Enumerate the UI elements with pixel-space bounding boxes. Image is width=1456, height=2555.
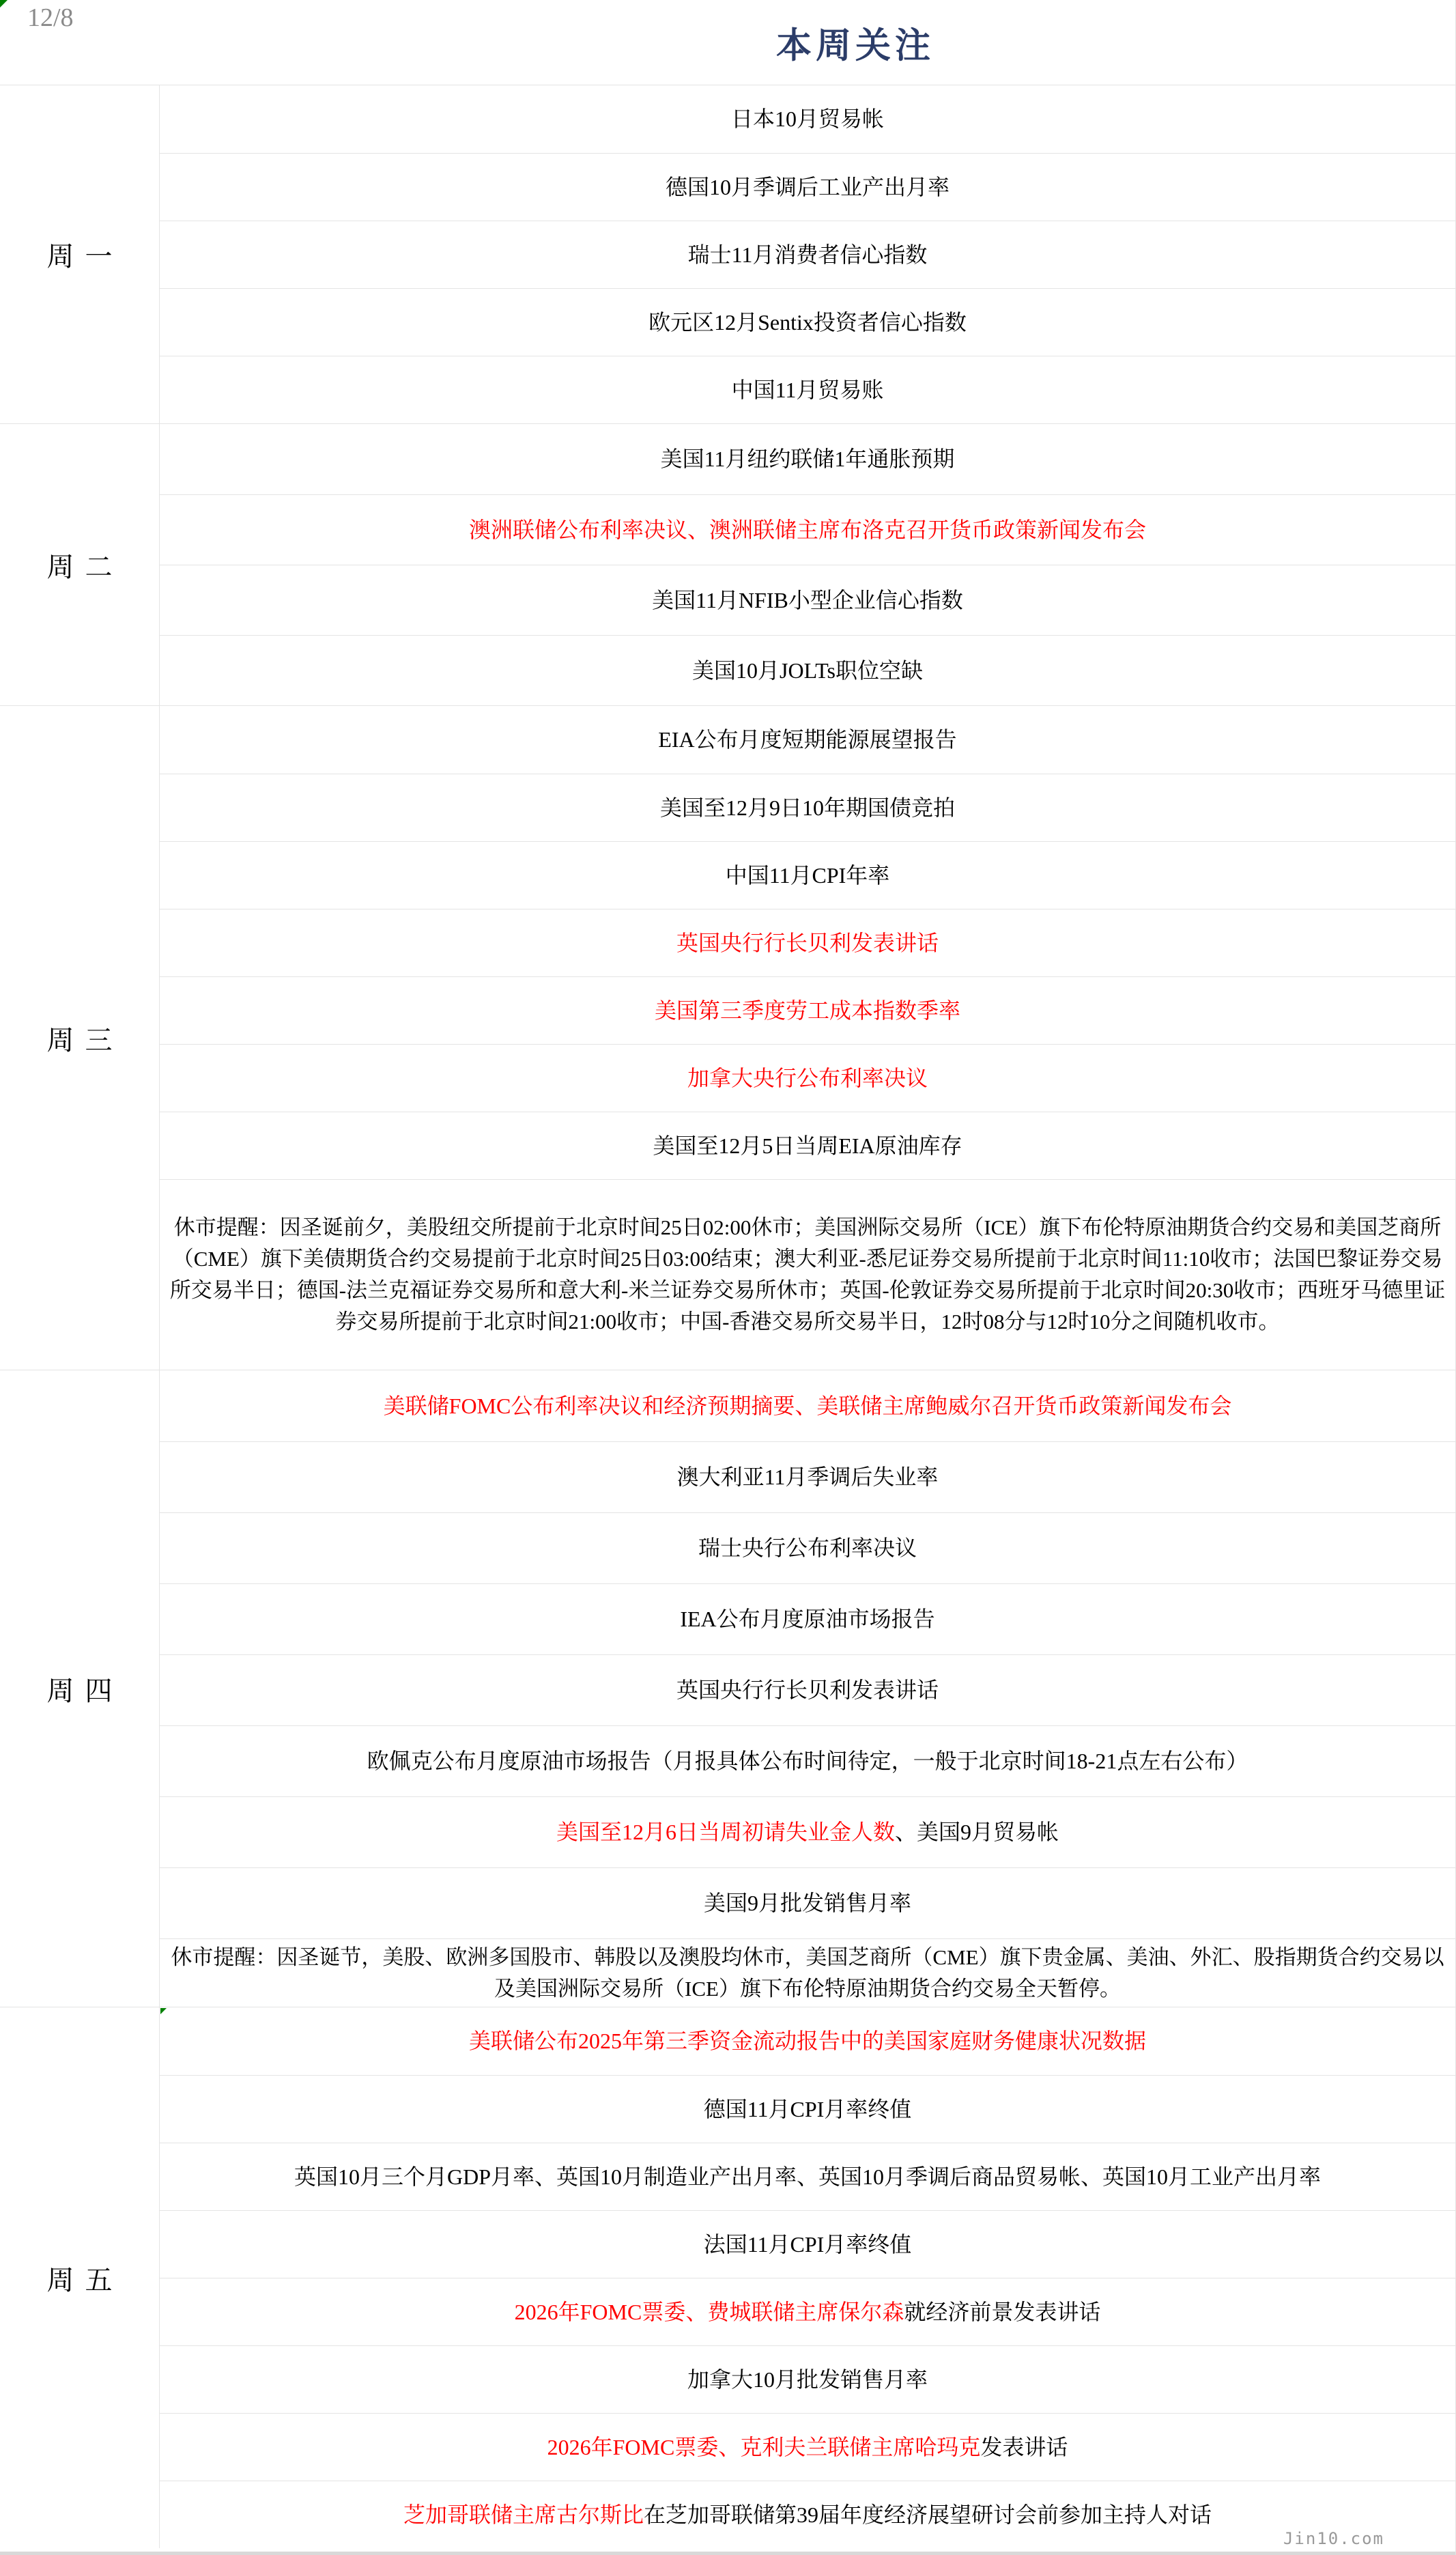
day-label: 周三: [47, 1019, 124, 1058]
event-row[interactable]: 芝加哥联储主席古尔斯比在芝加哥联储第39届年度经济展望研讨会前参加主持人对话: [160, 2481, 1455, 2548]
event-text-segment: 加拿大央行公布利率决议: [687, 1066, 928, 1090]
event-text-segment: 在芝加哥联储第39届年度经济展望研讨会前参加主持人对话: [644, 2502, 1212, 2527]
event-row[interactable]: 美国至12月9日10年期国债竞拍: [160, 774, 1455, 841]
event-text-segment: 美国第三季度劳工成本指数季率: [655, 998, 960, 1023]
day-label-cell-wednesday[interactable]: 周三: [0, 706, 160, 1370]
event-text-segment: 美国至12月6日当周初请失业金人数: [556, 1820, 895, 1844]
event-text-segment: 英国央行行长贝利发表讲话: [676, 931, 939, 955]
sheet-header: 12/8 本周关注: [0, 0, 1455, 85]
event-text: 2026年FOMC票委、费城联储主席保尔森就经济前景发表讲话: [515, 2297, 1101, 2328]
event-text-segment: 日本10月贸易帐: [731, 107, 884, 131]
event-text-segment: 休市提醒：因圣诞节，美股、欧洲多国股市、韩股以及澳股均休市，美国芝商所（CME）…: [171, 1945, 1444, 2001]
day-section-monday: 周一日本10月贸易帐德国10月季调后工业产出月率瑞士11月消费者信心指数欧元区1…: [0, 85, 1455, 423]
event-text: 美国10月JOLTs职位空缺: [692, 655, 923, 686]
day-label: 周二: [47, 546, 124, 584]
day-label: 周一: [47, 235, 124, 274]
event-text: 美国11月NFIB小型企业信心指数: [652, 585, 963, 616]
event-text-segment: 澳大利亚11月季调后失业率: [677, 1465, 939, 1489]
event-rows: 美国11月纽约联储1年通胀预期澳洲联储公布利率决议、澳洲联储主席布洛克召开货币政…: [160, 424, 1455, 705]
event-text-segment: 德国11月CPI月率终值: [704, 2097, 912, 2121]
event-text: 英国央行行长贝利发表讲话: [676, 928, 939, 959]
event-rows: EIA公布月度短期能源展望报告美国至12月9日10年期国债竞拍中国11月CPI年…: [160, 706, 1455, 1370]
event-text-segment: 瑞士央行公布利率决议: [698, 1536, 917, 1560]
event-row[interactable]: 美国11月NFIB小型企业信心指数: [160, 565, 1455, 635]
event-text-segment: 中国11月贸易账: [732, 378, 884, 402]
event-rows: 美联储公布2025年第三季资金流动报告中的美国家庭财务健康状况数据德国11月CP…: [160, 2007, 1455, 2548]
event-text: 欧元区12月Sentix投资者信心指数: [648, 307, 967, 338]
event-text: 德国10月季调后工业产出月率: [666, 172, 950, 203]
event-row[interactable]: IEA公布月度原油市场报告: [160, 1583, 1455, 1654]
day-label: 周五: [47, 2259, 124, 2298]
event-text-segment: 中国11月CPI年率: [726, 863, 890, 888]
event-row[interactable]: 德国11月CPI月率终值: [160, 2075, 1455, 2143]
event-text: 芝加哥联储主席古尔斯比在芝加哥联储第39届年度经济展望研讨会前参加主持人对话: [403, 2500, 1212, 2530]
event-row[interactable]: 加拿大10月批发销售月率: [160, 2345, 1455, 2413]
event-text: 美联储FOMC公布利率决议和经济预期摘要、美联储主席鲍威尔召开货币政策新闻发布会: [384, 1391, 1232, 1422]
event-text-segment: 英国10月三个月GDP月率、英国10月制造业产出月率、英国10月季调后商品贸易帐…: [294, 2164, 1321, 2189]
event-text: 法国11月CPI月率终值: [704, 2229, 912, 2260]
event-text: 英国10月三个月GDP月率、英国10月制造业产出月率、英国10月季调后商品贸易帐…: [294, 2162, 1321, 2192]
event-row[interactable]: 法国11月CPI月率终值: [160, 2210, 1455, 2278]
event-row[interactable]: 英国央行行长贝利发表讲话: [160, 909, 1455, 976]
event-text: 美国至12月5日当周EIA原油库存: [653, 1131, 962, 1161]
market-closure-notice[interactable]: 休市提醒：因圣诞前夕，美股纽交所提前于北京时间25日02:00休市；美国洲际交易…: [160, 1179, 1455, 1370]
event-text-segment: 美联储公布2025年第三季资金流动报告中的美国家庭财务健康状况数据: [469, 2029, 1146, 2053]
event-row[interactable]: 加拿大央行公布利率决议: [160, 1044, 1455, 1112]
event-text: 欧佩克公布月度原油市场报告（月报具体公布时间待定，一般于北京时间18-21点左右…: [367, 1746, 1248, 1777]
event-text-segment: 就经济前景发表讲话: [904, 2300, 1100, 2324]
event-text: EIA公布月度短期能源展望报告: [658, 724, 956, 755]
event-text: IEA公布月度原油市场报告: [680, 1604, 934, 1635]
event-text-segment: 德国10月季调后工业产出月率: [666, 175, 950, 199]
event-text-segment: 美国10月JOLTs职位空缺: [692, 658, 923, 683]
event-row[interactable]: 欧佩克公布月度原油市场报告（月报具体公布时间待定，一般于北京时间18-21点左右…: [160, 1725, 1455, 1796]
event-text: 德国11月CPI月率终值: [704, 2094, 912, 2125]
event-row[interactable]: 英国10月三个月GDP月率、英国10月制造业产出月率、英国10月季调后商品贸易帐…: [160, 2143, 1455, 2210]
sheet-corner-marker-icon: [0, 0, 8, 8]
event-row[interactable]: 日本10月贸易帐: [160, 85, 1455, 153]
event-row[interactable]: 美国11月纽约联储1年通胀预期: [160, 424, 1455, 494]
event-text-segment: 美国11月NFIB小型企业信心指数: [652, 588, 963, 612]
day-section-thursday: 周四美联储FOMC公布利率决议和经济预期摘要、美联储主席鲍威尔召开货币政策新闻发…: [0, 1370, 1455, 2007]
event-text: 加拿大10月批发销售月率: [687, 2365, 928, 2395]
day-label: 周四: [47, 1669, 124, 1708]
page-title: 本周关注: [776, 17, 934, 68]
event-row[interactable]: 德国10月季调后工业产出月率: [160, 153, 1455, 221]
event-text: 英国央行行长贝利发表讲话: [676, 1675, 939, 1706]
event-text-segment: 欧佩克公布月度原油市场报告（月报具体公布时间待定，一般于北京时间18-21点左右…: [367, 1749, 1248, 1773]
event-text: 澳洲联储公布利率决议、澳洲联储主席布洛克召开货币政策新闻发布会: [469, 515, 1146, 546]
event-text: 美国9月批发销售月率: [704, 1888, 911, 1919]
event-row[interactable]: 瑞士11月消费者信心指数: [160, 221, 1455, 288]
event-text: 日本10月贸易帐: [731, 104, 884, 135]
weekly-focus-sheet: 12/8 本周关注 周一日本10月贸易帐德国10月季调后工业产出月率瑞士11月消…: [0, 0, 1456, 2555]
event-text: 休市提醒：因圣诞前夕，美股纽交所提前于北京时间25日02:00休市；美国洲际交易…: [167, 1212, 1448, 1338]
event-text-segment: 2026年FOMC票委、克利夫兰联储主席哈玛克: [547, 2435, 981, 2459]
event-text-segment: 发表讲话: [980, 2435, 1068, 2459]
event-text: 美国至12月9日10年期国债竞拍: [660, 793, 955, 823]
day-section-friday: 周五美联储公布2025年第三季资金流动报告中的美国家庭财务健康状况数据德国11月…: [0, 2007, 1455, 2548]
day-section-wednesday: 周三EIA公布月度短期能源展望报告美国至12月9日10年期国债竞拍中国11月CP…: [0, 705, 1455, 1370]
event-text-segment: 美国至12月9日10年期国债竞拍: [660, 795, 955, 820]
event-text-segment: EIA公布月度短期能源展望报告: [658, 727, 956, 752]
event-text: 加拿大央行公布利率决议: [687, 1063, 928, 1094]
cell-corner-marker-icon: [160, 2008, 167, 2014]
event-rows: 美联储FOMC公布利率决议和经济预期摘要、美联储主席鲍威尔召开货币政策新闻发布会…: [160, 1370, 1455, 2007]
event-text: 美国11月纽约联储1年通胀预期: [661, 444, 955, 475]
event-row[interactable]: 美国第三季度劳工成本指数季率: [160, 976, 1455, 1044]
event-row[interactable]: 美国至12月6日当周初请失业金人数、美国9月贸易帐: [160, 1796, 1455, 1867]
event-text-segment: 美国9月批发销售月率: [704, 1891, 911, 1915]
event-row[interactable]: 美联储FOMC公布利率决议和经济预期摘要、美联储主席鲍威尔召开货币政策新闻发布会: [160, 1370, 1455, 1441]
event-text: 美联储公布2025年第三季资金流动报告中的美国家庭财务健康状况数据: [469, 2026, 1146, 2057]
event-text-segment: 休市提醒：因圣诞前夕，美股纽交所提前于北京时间25日02:00休市；美国洲际交易…: [170, 1215, 1446, 1333]
event-text: 中国11月贸易账: [732, 375, 884, 406]
event-text-segment: IEA公布月度原油市场报告: [680, 1607, 934, 1631]
event-row[interactable]: 美国9月批发销售月率: [160, 1867, 1455, 1938]
event-text-segment: 美联储FOMC公布利率决议和经济预期摘要、美联储主席鲍威尔召开货币政策新闻发布会: [384, 1394, 1232, 1418]
day-label-cell-monday[interactable]: 周一: [0, 85, 160, 423]
event-row[interactable]: 2026年FOMC票委、费城联储主席保尔森就经济前景发表讲话: [160, 2278, 1455, 2345]
bottom-edge-divider: [0, 2552, 1455, 2555]
event-row[interactable]: 中国11月CPI年率: [160, 841, 1455, 909]
week-date: 12/8: [27, 3, 74, 33]
event-text-segment: 英国央行行长贝利发表讲话: [676, 1678, 939, 1702]
event-text-segment: 澳洲联储公布利率决议、澳洲联储主席布洛克召开货币政策新闻发布会: [469, 518, 1146, 542]
market-closure-notice[interactable]: 休市提醒：因圣诞节，美股、欧洲多国股市、韩股以及澳股均休市，美国芝商所（CME）…: [160, 1938, 1455, 2007]
event-row[interactable]: EIA公布月度短期能源展望报告: [160, 706, 1455, 774]
event-text-segment: 欧元区12月Sentix投资者信心指数: [648, 310, 967, 335]
event-row[interactable]: 澳洲联储公布利率决议、澳洲联储主席布洛克召开货币政策新闻发布会: [160, 494, 1455, 565]
event-row[interactable]: 欧元区12月Sentix投资者信心指数: [160, 288, 1455, 356]
event-row[interactable]: 2026年FOMC票委、克利夫兰联储主席哈玛克发表讲话: [160, 2413, 1455, 2481]
day-label-cell-tuesday[interactable]: 周二: [0, 424, 160, 705]
event-text-segment: 瑞士11月消费者信心指数: [688, 242, 928, 267]
calendar-table: 周一日本10月贸易帐德国10月季调后工业产出月率瑞士11月消费者信心指数欧元区1…: [0, 85, 1455, 2548]
event-text-segment: 2026年FOMC票委、费城联储主席保尔森: [515, 2300, 904, 2324]
day-section-tuesday: 周二美国11月纽约联储1年通胀预期澳洲联储公布利率决议、澳洲联储主席布洛克召开货…: [0, 423, 1455, 705]
event-row[interactable]: 瑞士央行公布利率决议: [160, 1512, 1455, 1583]
day-label-cell-thursday[interactable]: 周四: [0, 1370, 160, 2007]
event-rows: 日本10月贸易帐德国10月季调后工业产出月率瑞士11月消费者信心指数欧元区12月…: [160, 85, 1455, 423]
jin10-watermark: Jin10.com: [1283, 2529, 1384, 2548]
event-text-segment: 美国至12月5日当周EIA原油库存: [653, 1133, 962, 1158]
event-text: 休市提醒：因圣诞节，美股、欧洲多国股市、韩股以及澳股均休市，美国芝商所（CME）…: [167, 1942, 1448, 2005]
event-row[interactable]: 英国央行行长贝利发表讲话: [160, 1654, 1455, 1725]
event-text: 美国第三季度劳工成本指数季率: [655, 996, 960, 1026]
event-row[interactable]: 中国11月贸易账: [160, 356, 1455, 423]
event-text: 瑞士央行公布利率决议: [698, 1533, 917, 1564]
event-text: 中国11月CPI年率: [726, 860, 890, 891]
event-text: 2026年FOMC票委、克利夫兰联储主席哈玛克发表讲话: [547, 2432, 1068, 2463]
event-row[interactable]: 美国至12月5日当周EIA原油库存: [160, 1112, 1455, 1179]
event-text-segment: 、美国9月贸易帐: [895, 1820, 1059, 1844]
event-row[interactable]: 美国10月JOLTs职位空缺: [160, 635, 1455, 705]
event-row[interactable]: 澳大利亚11月季调后失业率: [160, 1441, 1455, 1512]
event-text-segment: 美国11月纽约联储1年通胀预期: [661, 447, 955, 471]
event-text: 美国至12月6日当周初请失业金人数、美国9月贸易帐: [556, 1817, 1059, 1848]
event-text: 瑞士11月消费者信心指数: [688, 240, 928, 270]
event-row[interactable]: 美联储公布2025年第三季资金流动报告中的美国家庭财务健康状况数据: [160, 2007, 1455, 2075]
event-text-segment: 芝加哥联储主席古尔斯比: [403, 2502, 644, 2527]
event-text-segment: 法国11月CPI月率终值: [704, 2232, 912, 2257]
day-label-cell-friday[interactable]: 周五: [0, 2007, 160, 2548]
event-text: 澳大利亚11月季调后失业率: [677, 1462, 939, 1493]
event-text-segment: 加拿大10月批发销售月率: [687, 2367, 928, 2392]
